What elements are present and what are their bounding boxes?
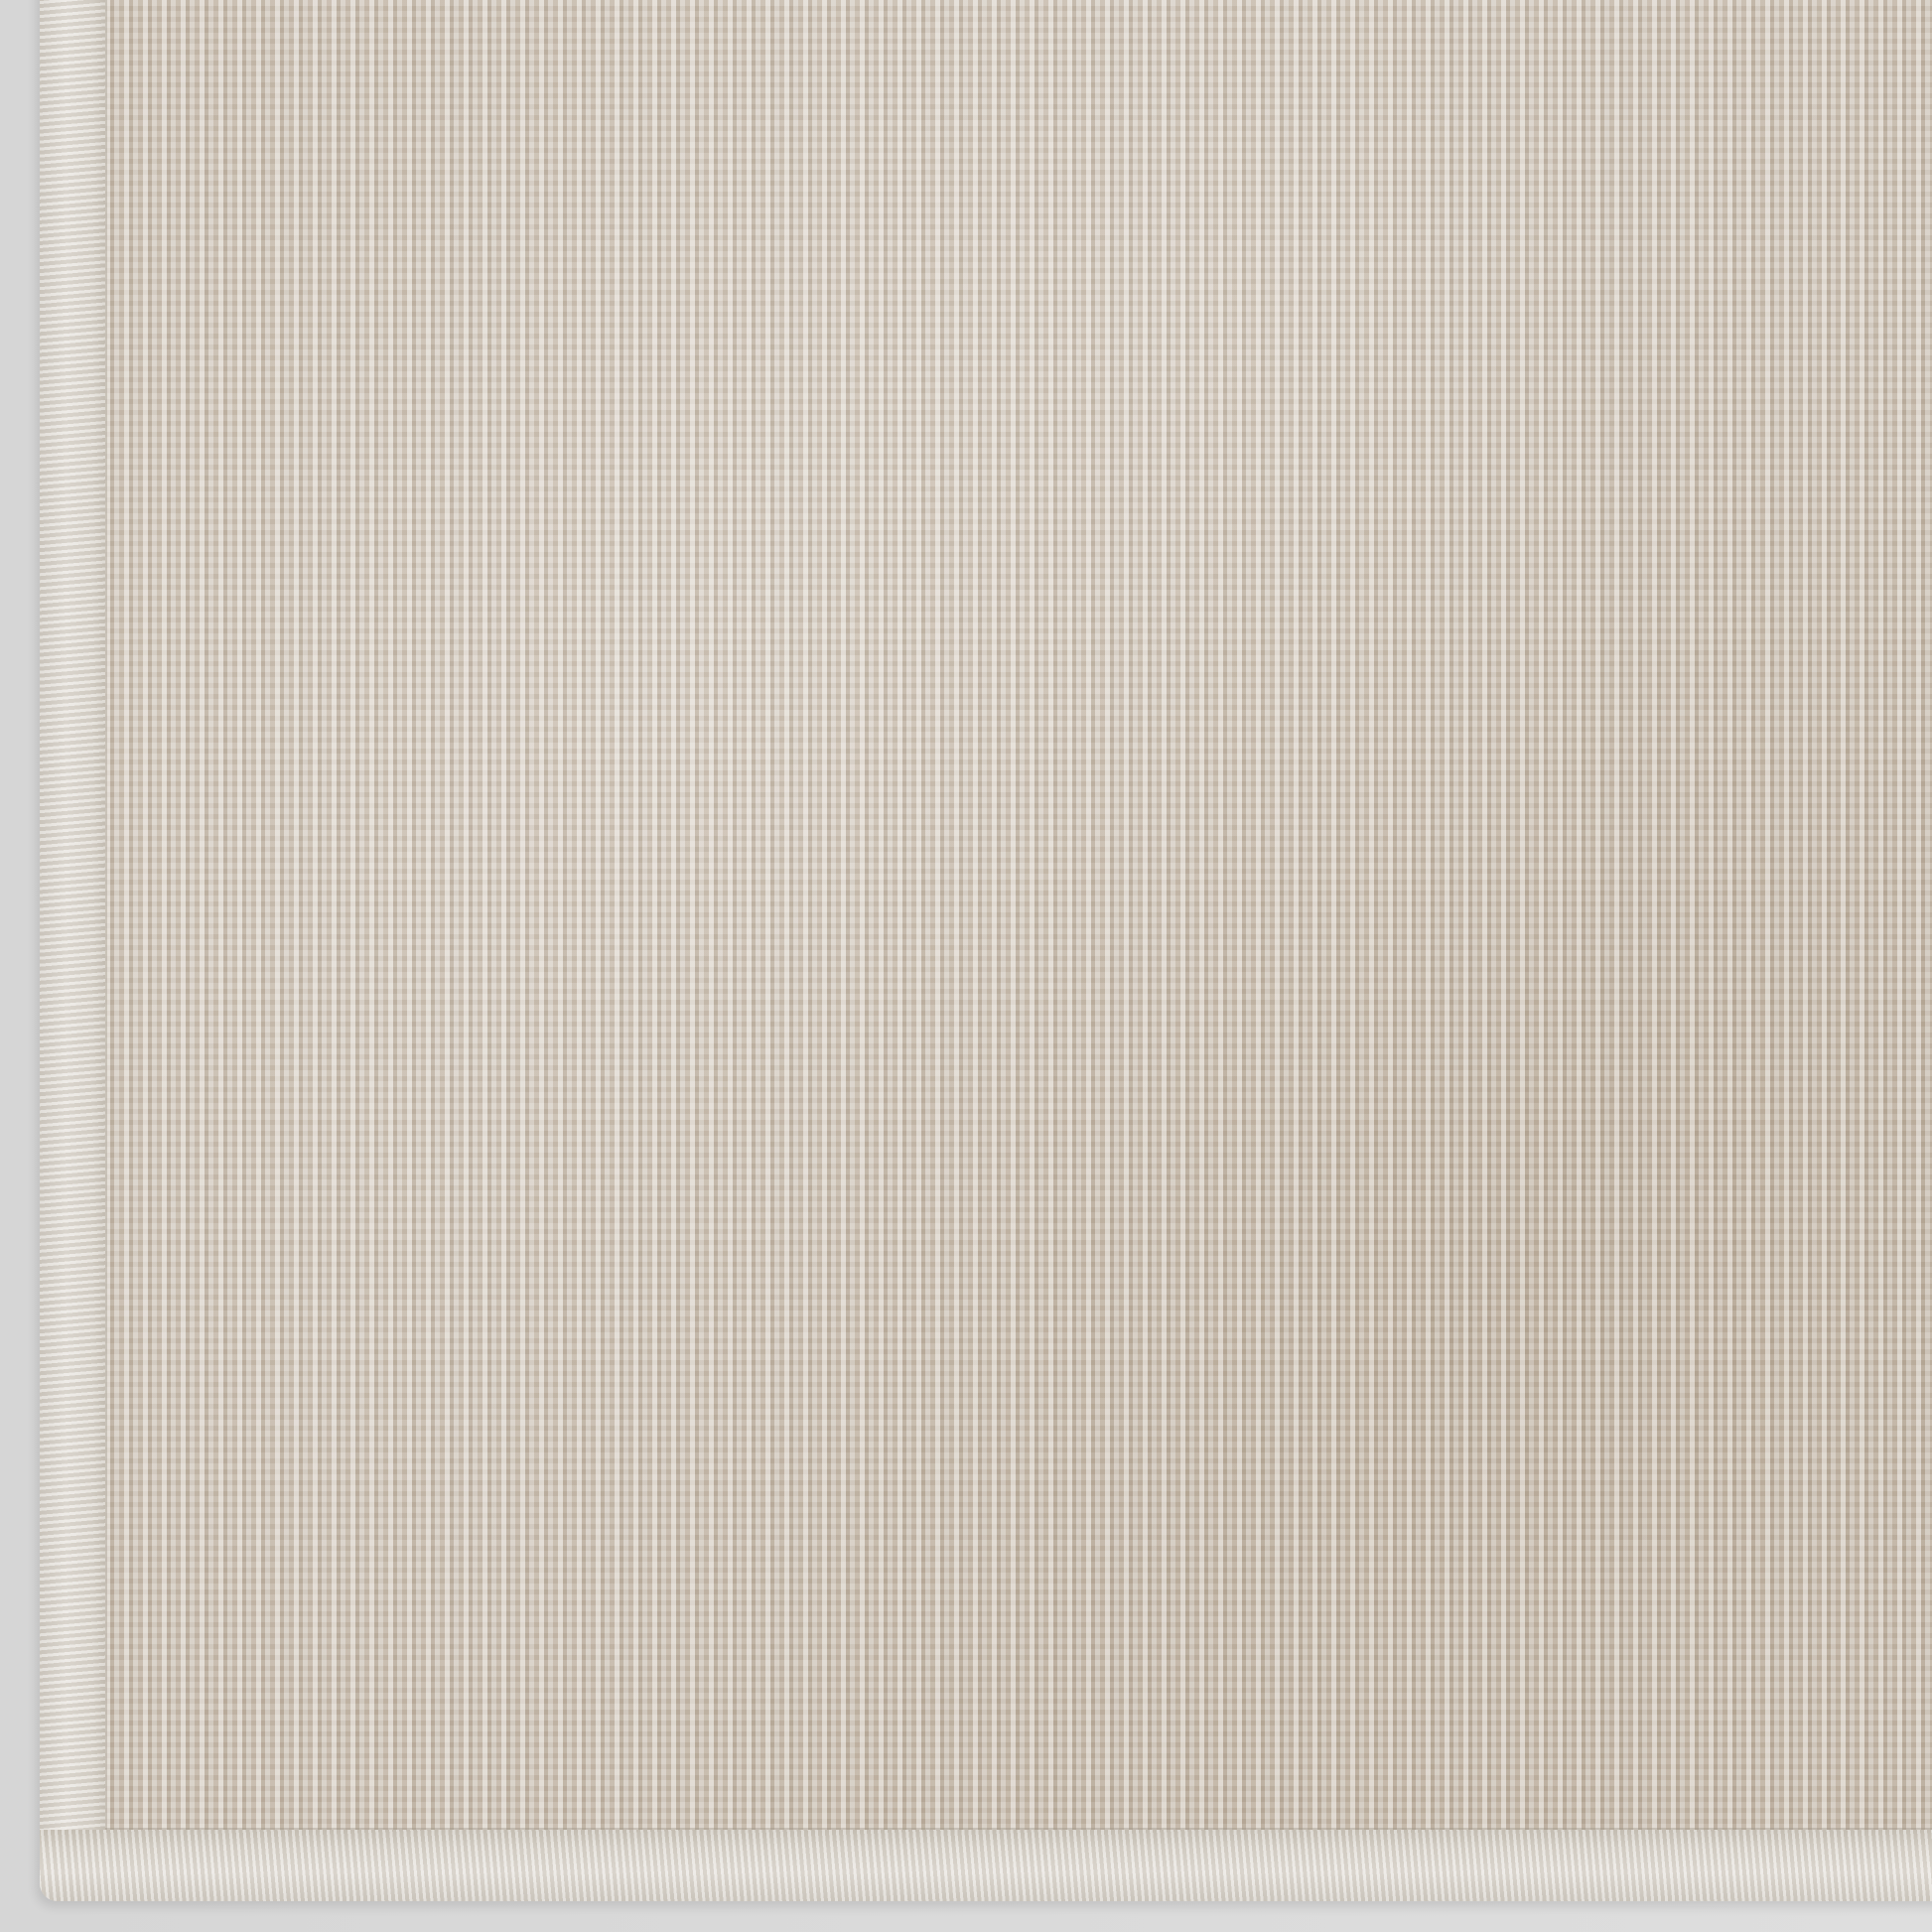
rug [40,0,1932,1901]
rug-binding-bottom-edge [40,1830,1932,1901]
rug-textured-field [105,0,1932,1830]
rug-binding-left-edge [40,0,105,1901]
binding-stitch-left [105,0,107,1830]
